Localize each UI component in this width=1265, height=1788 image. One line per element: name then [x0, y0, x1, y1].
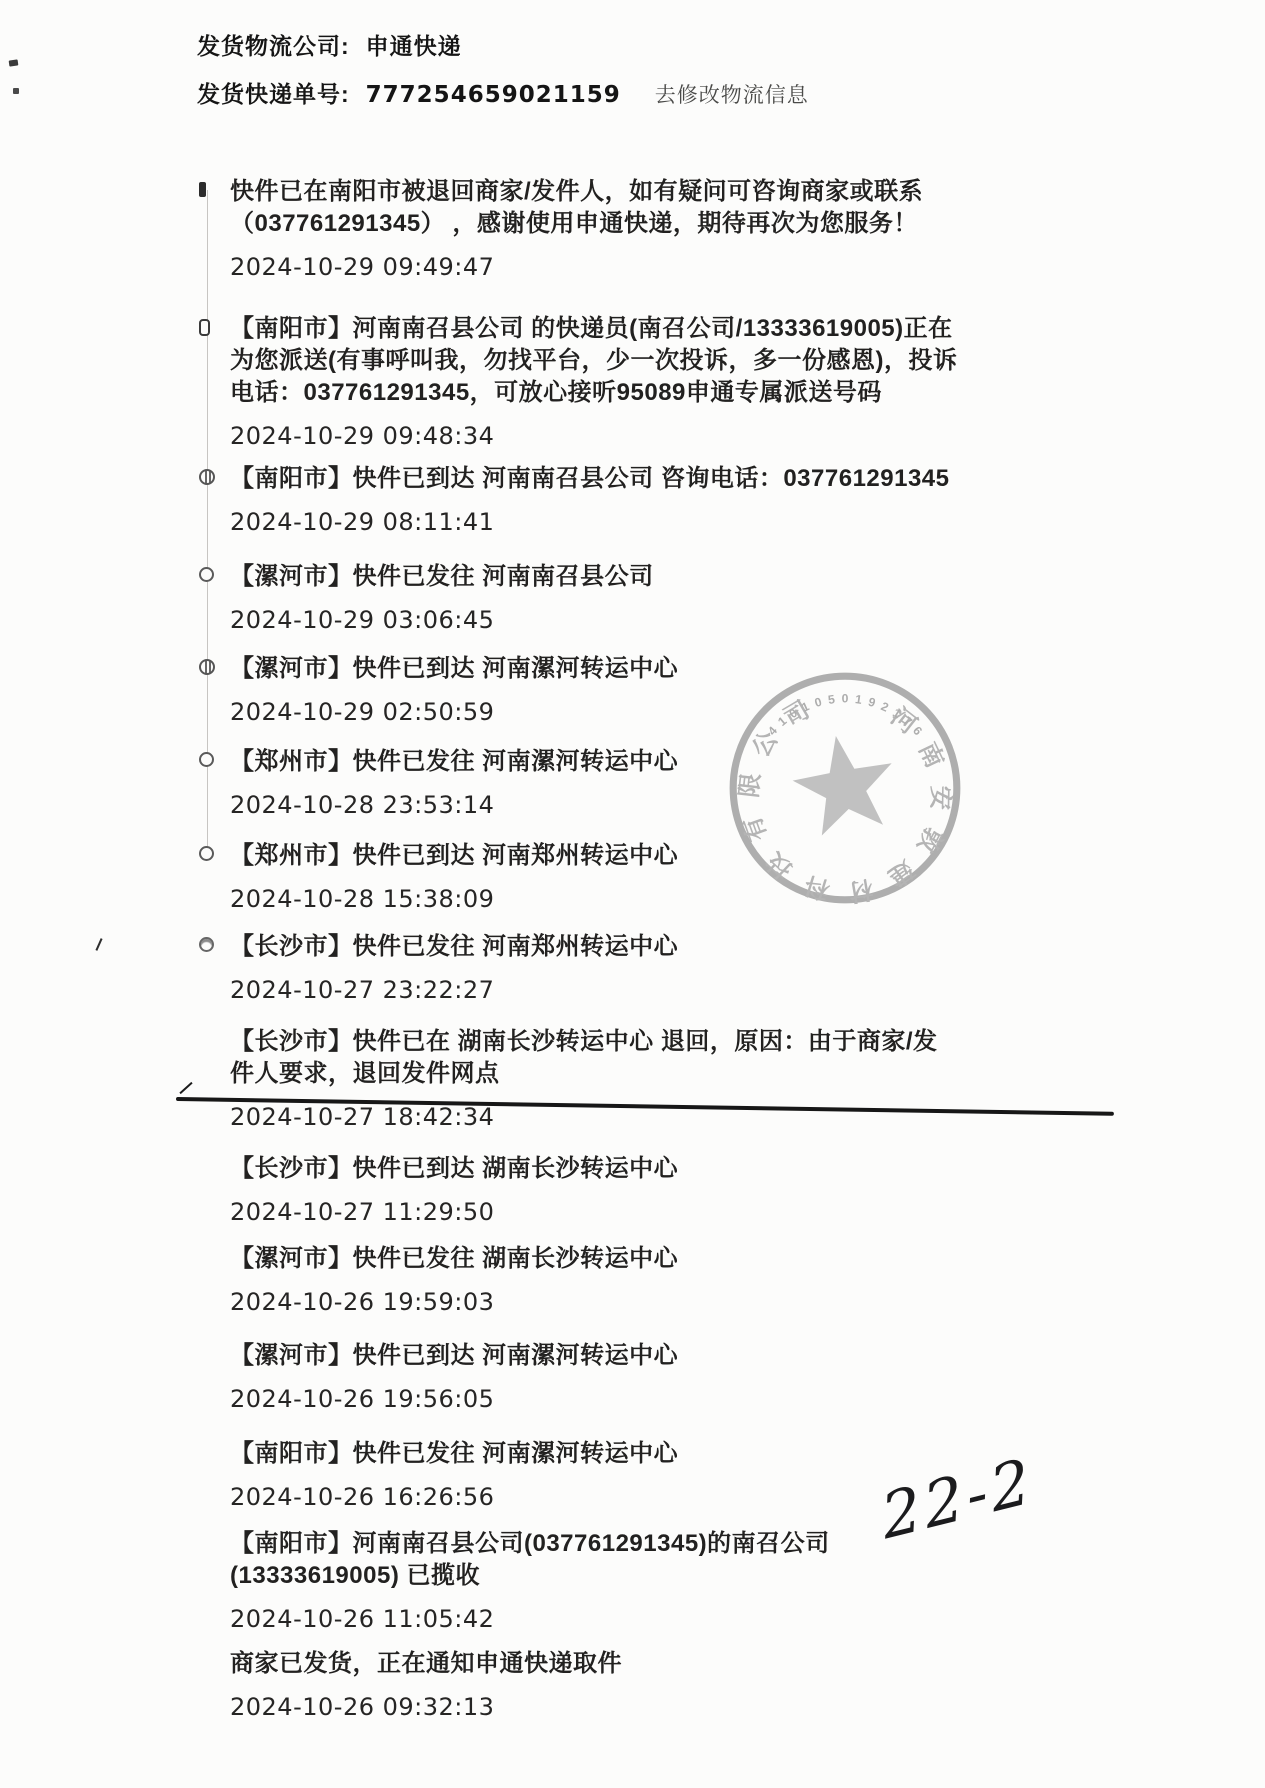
tracking-event-text: 【漯河市】快件已发往 湖南长沙转运中心: [230, 1243, 1150, 1275]
tracking-event-text: 【长沙市】快件已发往 河南郑州转运中心: [230, 931, 1150, 963]
tracking-event: 【长沙市】快件已发往 河南郑州转运中心 2024-10-27 23:22:27: [230, 931, 1150, 1004]
shipping-company-value: 申通快递: [366, 28, 462, 61]
package-icon: [199, 469, 215, 485]
tracking-event: 【南阳市】河南南召县公司 的快递员(南召公司/13333619005)正在 为您…: [230, 313, 1150, 450]
tracking-event-time: 2024-10-27 11:29:50: [230, 1198, 1150, 1226]
tracking-event-text: 【南阳市】河南南召县公司(037761291345)的南召公司 (1333361…: [230, 1528, 1150, 1592]
tracking-event-text: 【漯河市】快件已到达 河南漯河转运中心: [230, 1340, 1150, 1372]
tracking-event-text: 【长沙市】快件已到达 湖南长沙转运中心: [230, 1153, 1150, 1185]
tracking-event: 【郑州市】快件已发往 河南漯河转运中心 2024-10-28 23:53:14: [230, 746, 1150, 819]
tracking-event: 【南阳市】快件已到达 河南南召县公司 咨询电话：037761291345 202…: [230, 463, 1150, 536]
circle-icon: [199, 937, 214, 952]
modify-logistics-link[interactable]: 去修改物流信息: [655, 79, 809, 109]
tracking-event-text: 快件已在南阳市被退回商家/发件人，如有疑问可咨询商家或联系 （037761291…: [230, 176, 1150, 240]
tracking-event: 商家已发货，正在通知申通快递取件 2024-10-26 09:32:13: [230, 1648, 1150, 1721]
tracking-event-text: 【郑州市】快件已发往 河南漯河转运中心: [230, 746, 1150, 778]
shipping-company-row: 发货物流公司: 申通快递: [197, 28, 462, 61]
tracking-event-time: 2024-10-28 23:53:14: [230, 791, 1150, 819]
scanned-tracking-document: 发货物流公司: 申通快递 发货快递单号: 777254659021159 去修改…: [0, 0, 1265, 1788]
tracking-event-time: 2024-10-29 09:49:47: [230, 253, 1150, 281]
tracking-number-row: 发货快递单号: 777254659021159 去修改物流信息: [197, 76, 809, 109]
tracking-number-value: 777254659021159: [366, 82, 621, 108]
tracking-event: 【漯河市】快件已到达 河南漯河转运中心 2024-10-26 19:56:05: [230, 1340, 1150, 1413]
tracking-event-text: 【南阳市】河南南召县公司 的快递员(南召公司/13333619005)正在 为您…: [230, 313, 1150, 409]
circle-icon: [199, 752, 214, 767]
oval-icon: [199, 319, 210, 336]
tracking-event-text: 【长沙市】快件已在 湖南长沙转运中心 退回，原因：由于商家/发 件人要求，退回发…: [230, 1026, 1150, 1090]
tracking-event-text: 【漯河市】快件已到达 河南漯河转运中心: [230, 653, 1150, 685]
tracking-event: 【郑州市】快件已到达 河南郑州转运中心 2024-10-28 15:38:09: [230, 840, 1150, 913]
tracking-event: 【漯河市】快件已到达 河南漯河转运中心 2024-10-29 02:50:59: [230, 653, 1150, 726]
tracking-event: 【漯河市】快件已发往 河南南召县公司 2024-10-29 03:06:45: [230, 561, 1150, 634]
tracking-event: 【漯河市】快件已发往 湖南长沙转运中心 2024-10-26 19:59:03: [230, 1243, 1150, 1316]
tracking-event-time: 2024-10-26 11:05:42: [230, 1605, 1150, 1633]
tracking-event: 【长沙市】快件已到达 湖南长沙转运中心 2024-10-27 11:29:50: [230, 1153, 1150, 1226]
scan-artifact: [13, 88, 19, 94]
tracking-event-text: 商家已发货，正在通知申通快递取件: [230, 1648, 1150, 1680]
tracking-event-time: 2024-10-27 23:22:27: [230, 976, 1150, 1004]
pen-stroke-mark: [179, 1082, 192, 1094]
tracking-event-time: 2024-10-26 19:59:03: [230, 1288, 1150, 1316]
tracking-event-time: 2024-10-29 02:50:59: [230, 698, 1150, 726]
tracking-event-time: 2024-10-28 15:38:09: [230, 885, 1150, 913]
tracking-event: 【长沙市】快件已在 湖南长沙转运中心 退回，原因：由于商家/发 件人要求，退回发…: [230, 1026, 1150, 1131]
tracking-event-time: 2024-10-26 09:32:13: [230, 1693, 1150, 1721]
tracking-event-time: 2024-10-29 09:48:34: [230, 422, 1150, 450]
scan-artifact: [9, 59, 19, 66]
circle-icon: [199, 567, 214, 582]
bar-icon: [199, 182, 206, 197]
tracking-event-time: 2024-10-26 19:56:05: [230, 1385, 1150, 1413]
tracking-event-text: 【南阳市】快件已到达 河南南召县公司 咨询电话：037761291345: [230, 463, 1150, 495]
pen-tick-mark: [95, 938, 102, 951]
package-icon: [199, 659, 215, 675]
shipping-company-label: 发货物流公司:: [197, 28, 350, 61]
circle-icon: [199, 846, 214, 861]
tracking-event: 快件已在南阳市被退回商家/发件人，如有疑问可咨询商家或联系 （037761291…: [230, 176, 1150, 281]
tracking-event-time: 2024-10-29 08:11:41: [230, 508, 1150, 536]
tracking-event-text: 【郑州市】快件已到达 河南郑州转运中心: [230, 840, 1150, 872]
tracking-number-label: 发货快递单号:: [197, 76, 350, 109]
tracking-event-time: 2024-10-29 03:06:45: [230, 606, 1150, 634]
tracking-event-text: 【漯河市】快件已发往 河南南召县公司: [230, 561, 1150, 593]
tracking-event: 【南阳市】河南南召县公司(037761291345)的南召公司 (1333361…: [230, 1528, 1150, 1633]
